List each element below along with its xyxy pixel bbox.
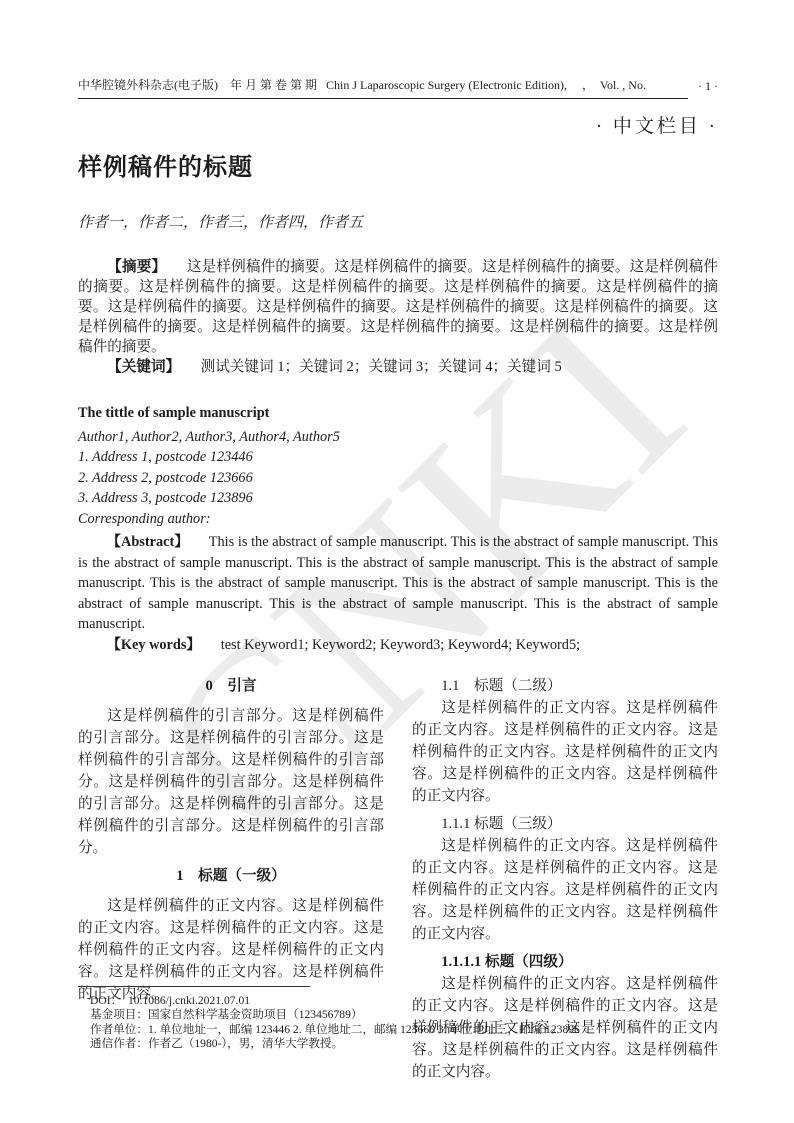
affiliation-en-1: 1. Address 1, postcode 123446 — [78, 447, 718, 468]
section-heading-1-1-1-1: 1.1.1.1 标题（四级） — [412, 951, 718, 973]
footnote-affiliation: 作者单位：1. 单位地址一，邮编 123446 2. 单位地址二，邮编 1236… — [78, 1023, 718, 1037]
journal-page: CNKI 中华腔镜外科杂志(电子版) 年 月 第 卷 第 期 Chin J La… — [0, 0, 794, 1123]
footnote-fund: 基金项目：国家自然科学基金资助项目（123456789） — [78, 1008, 718, 1022]
page-content: 中华腔镜外科杂志(电子版) 年 月 第 卷 第 期 Chin J Laparos… — [0, 0, 794, 1123]
keywords-en-label: 【Key words】 — [107, 637, 201, 653]
footnote-block: DOI： 10.1086/j.cnki.2021.07.01 基金项目：国家自然… — [78, 986, 718, 1052]
keywords-en-text: test Keyword1; Keyword2; Keyword3; Keywo… — [221, 637, 580, 653]
keywords-cn: 【关键词】测试关键词 1；关键词 2；关键词 3；关键词 4；关键词 5 — [78, 357, 718, 377]
section-paragraph: 这是样例稿件的引言部分。这是样例稿件的引言部分。这是样例稿件的引言部分。这是样例… — [78, 705, 384, 859]
authors-en: Author1, Author2, Author3, Author4, Auth… — [78, 427, 718, 448]
section-heading-1: 1 标题（一级） — [78, 859, 384, 887]
section-heading-1-1: 1.1 标题（二级） — [412, 675, 718, 697]
affiliation-en-3: 3. Address 3, postcode 123896 — [78, 488, 718, 509]
abstract-cn-label: 【摘要】 — [107, 259, 166, 275]
section-paragraph: 这是样例稿件的正文内容。这是样例稿件的正文内容。这是样例稿件的正文内容。这是样例… — [412, 835, 718, 945]
article-title-en: The tittle of sample manuscript — [78, 403, 718, 424]
authors-cn: 作者一，作者二，作者三，作者四，作者五 — [78, 211, 718, 232]
abstract-cn: 【摘要】这是样例稿件的摘要。这是样例稿件的摘要。这是样例稿件的摘要。这是样例稿件… — [78, 257, 718, 357]
keywords-cn-text: 测试关键词 1；关键词 2；关键词 3；关键词 4；关键词 5 — [201, 359, 562, 375]
affiliation-en-2: 2. Address 2, postcode 123666 — [78, 468, 718, 489]
abstract-en: 【Abstract】This is the abstract of sample… — [78, 532, 718, 635]
page-number: · 1 · — [698, 79, 718, 99]
english-meta-block: The tittle of sample manuscript Author1,… — [78, 403, 718, 529]
keywords-en: 【Key words】test Keyword1; Keyword2; Keyw… — [78, 635, 718, 656]
journal-header: 中华腔镜外科杂志(电子版) 年 月 第 卷 第 期 Chin J Laparos… — [78, 76, 718, 99]
journal-header-line: 中华腔镜外科杂志(电子版) 年 月 第 卷 第 期 Chin J Laparos… — [78, 76, 688, 99]
abstract-en-label: 【Abstract】 — [107, 534, 189, 550]
footnote-rule — [78, 986, 310, 987]
section-heading-0: 0 引言 — [78, 669, 384, 697]
section-heading-1-1-1: 1.1.1 标题（三级） — [412, 813, 718, 835]
corresponding-author-line: Corresponding author: — [78, 509, 718, 530]
keywords-cn-label: 【关键词】 — [107, 359, 180, 375]
footnote-correspondent: 通信作者：作者乙（1980-），男，清华大学教授。 — [78, 1037, 718, 1051]
footnote-doi: DOI： 10.1086/j.cnki.2021.07.01 — [78, 994, 718, 1008]
abstract-cn-text: 这是样例稿件的摘要。这是样例稿件的摘要。这是样例稿件的摘要。这是样例稿件的摘要。… — [78, 259, 718, 355]
section-paragraph: 这是样例稿件的正文内容。这是样例稿件的正文内容。这是样例稿件的正文内容。这是样例… — [412, 697, 718, 807]
column-banner: · 中文栏目 · — [78, 111, 718, 138]
article-title-cn: 样例稿件的标题 — [78, 147, 718, 182]
